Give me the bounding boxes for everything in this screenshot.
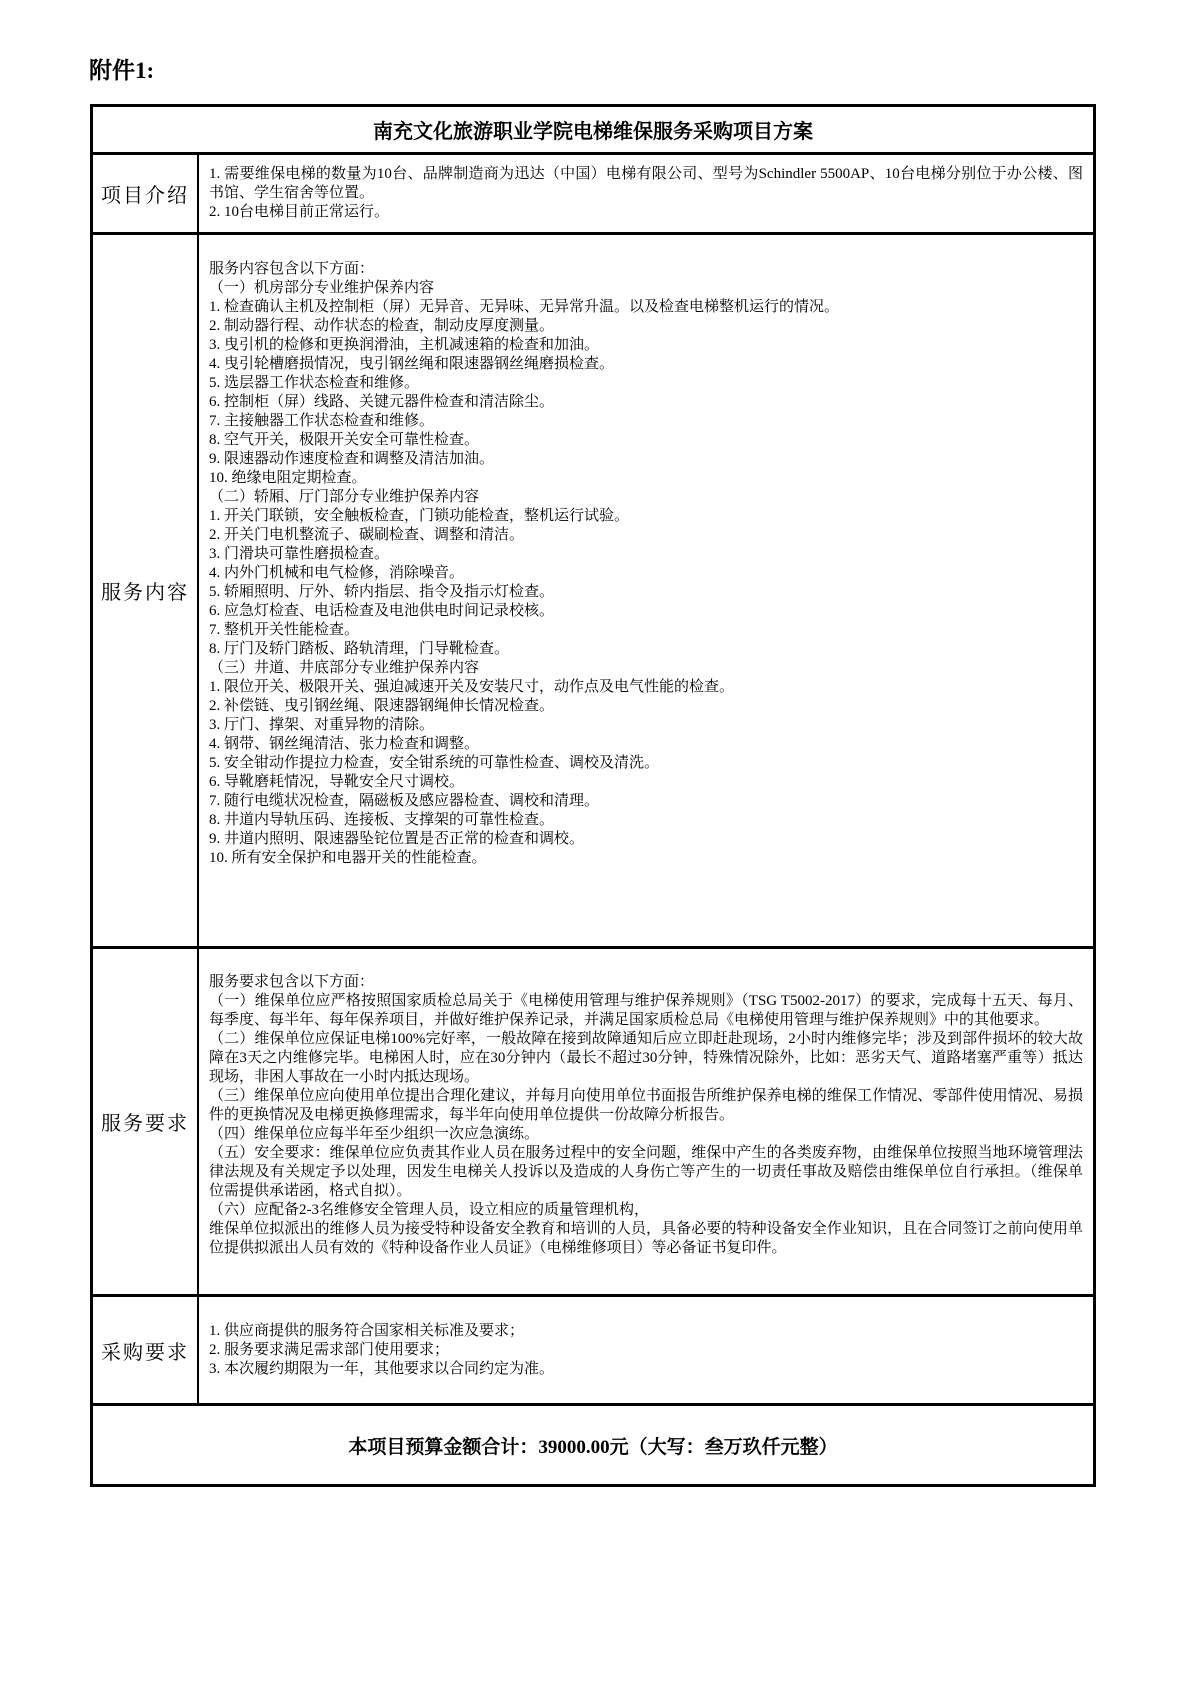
document-title: 南充文化旅游职业学院电梯维保服务采购项目方案 — [93, 115, 1093, 144]
content-paragraph: 2. 10台电梯目前正常运行。 — [209, 203, 1083, 222]
content-paragraph: 1. 供应商提供的服务符合国家相关标准及要求； — [209, 1322, 1083, 1341]
row-label-service-requirements: 服务要求 — [93, 949, 199, 1294]
content-paragraph: 服务要求包含以下方面： — [209, 973, 1083, 992]
content-paragraph: 7. 主接触器工作状态检查和维修。 — [209, 412, 1083, 431]
attachment-label: 附件1: — [89, 52, 154, 85]
content-paragraph: 8. 空气开关，极限开关安全可靠性检查。 — [209, 431, 1083, 450]
content-paragraph: （五）安全要求：维保单位应负责其作业人员在服务过程中的安全问题，维保中产生的各类… — [209, 1144, 1083, 1201]
row-content-project-intro: 1. 需要维保电梯的数量为10台、品牌制造商为迅达（中国）电梯有限公司、型号为S… — [199, 155, 1093, 232]
content-paragraph: 6. 应急灯检查、电话检查及电池供电时间记录校核。 — [209, 602, 1083, 621]
content-paragraph: （四）维保单位应每半年至少组织一次应急演练。 — [209, 1125, 1083, 1144]
content-paragraph: 3. 厅门、撑架、对重异物的清除。 — [209, 716, 1083, 735]
row-label-service-content: 服务内容 — [93, 235, 199, 946]
row-label-project-intro: 项目介绍 — [93, 155, 199, 232]
content-paragraph: 5. 选层器工作状态检查和维修。 — [209, 374, 1083, 393]
content-paragraph: 1. 检查确认主机及控制柜（屏）无异音、无异味、无异常升温。以及检查电梯整机运行… — [209, 298, 1083, 317]
row-label-purchase-requirements: 采购要求 — [93, 1297, 199, 1403]
content-paragraph: 服务内容包含以下方面： — [209, 260, 1083, 279]
content-paragraph: 1. 需要维保电梯的数量为10台、品牌制造商为迅达（中国）电梯有限公司、型号为S… — [209, 165, 1083, 203]
content-paragraph: 2. 服务要求满足需求部门使用要求； — [209, 1341, 1083, 1360]
content-paragraph: 4. 内外门机械和电气检修，消除噪音。 — [209, 564, 1083, 583]
content-paragraph: 7. 整机开关性能检查。 — [209, 621, 1083, 640]
row-content-service-requirements: 服务要求包含以下方面：（一）维保单位应严格按照国家质检总局关于《电梯使用管理与维… — [199, 949, 1093, 1294]
budget-total: 本项目预算金额合计：39000.00元（大写：叁万玖仟元整） — [93, 1432, 1093, 1459]
content-paragraph: 6. 控制柜（屏）线路、关键元器件检查和清洁除尘。 — [209, 393, 1083, 412]
content-paragraph: 2. 开关门电机整流子、碳刷检查、调整和清洁。 — [209, 526, 1083, 545]
procurement-plan-table: 南充文化旅游职业学院电梯维保服务采购项目方案 项目介绍 1. 需要维保电梯的数量… — [90, 104, 1096, 1487]
content-paragraph: 3. 本次履约期限为一年，其他要求以合同约定为准。 — [209, 1360, 1083, 1379]
content-paragraph: 4. 钢带、钢丝绳清洁、张力检查和调整。 — [209, 735, 1083, 754]
table-row-purchase-requirements: 采购要求 1. 供应商提供的服务符合国家相关标准及要求；2. 服务要求满足需求部… — [93, 1294, 1093, 1403]
content-paragraph: 6. 导靴磨耗情况，导靴安全尺寸调校。 — [209, 773, 1083, 792]
content-paragraph: 2. 补偿链、曳引钢丝绳、限速器钢绳伸长情况检查。 — [209, 697, 1083, 716]
content-paragraph: 5. 轿厢照明、厅外、轿内指层、指令及指示灯检查。 — [209, 583, 1083, 602]
row-content-purchase-requirements: 1. 供应商提供的服务符合国家相关标准及要求；2. 服务要求满足需求部门使用要求… — [199, 1297, 1093, 1403]
content-paragraph: 3. 门滑块可靠性磨损检查。 — [209, 545, 1083, 564]
document-page: 附件1: 南充文化旅游职业学院电梯维保服务采购项目方案 项目介绍 1. 需要维保… — [0, 0, 1191, 1684]
content-paragraph: 4. 曳引轮槽磨损情况，曳引钢丝绳和限速器钢丝绳磨损检查。 — [209, 355, 1083, 374]
content-paragraph: 3. 曳引机的检修和更换润滑油，主机减速箱的检查和加油。 — [209, 336, 1083, 355]
table-title-row: 南充文化旅游职业学院电梯维保服务采购项目方案 — [93, 107, 1093, 152]
content-paragraph: （六）应配备2-3名维修安全管理人员，设立相应的质量管理机构， — [209, 1201, 1083, 1220]
content-paragraph: （二）维保单位应保证电梯100%完好率，一般故障在接到故障通知后应立即赶赴现场，… — [209, 1030, 1083, 1087]
content-paragraph: （三）维保单位应向使用单位提出合理化建议，并每月向使用单位书面报告所维护保养电梯… — [209, 1087, 1083, 1125]
content-paragraph: 9. 限速器动作速度检查和调整及清洁加油。 — [209, 450, 1083, 469]
table-row-budget: 本项目预算金额合计：39000.00元（大写：叁万玖仟元整） — [93, 1403, 1093, 1484]
content-paragraph: 2. 制动器行程、动作状态的检查，制动皮厚度测量。 — [209, 317, 1083, 336]
content-paragraph: 9. 井道内照明、限速器坠铊位置是否正常的检查和调校。 — [209, 830, 1083, 849]
table-row-service-requirements: 服务要求 服务要求包含以下方面：（一）维保单位应严格按照国家质检总局关于《电梯使… — [93, 946, 1093, 1294]
table-row-project-intro: 项目介绍 1. 需要维保电梯的数量为10台、品牌制造商为迅达（中国）电梯有限公司… — [93, 152, 1093, 232]
content-paragraph: （一）机房部分专业维护保养内容 — [209, 279, 1083, 298]
content-paragraph: （二）轿厢、厅门部分专业维护保养内容 — [209, 488, 1083, 507]
table-row-service-content: 服务内容 服务内容包含以下方面：（一）机房部分专业维护保养内容1. 检查确认主机… — [93, 232, 1093, 946]
content-paragraph: 1. 开关门联锁，安全触板检查，门锁功能检查，整机运行试验。 — [209, 507, 1083, 526]
content-paragraph: 10. 所有安全保护和电器开关的性能检查。 — [209, 849, 1083, 868]
content-paragraph: 5. 安全钳动作提拉力检查，安全钳系统的可靠性检查、调校及清洗。 — [209, 754, 1083, 773]
content-paragraph: 维保单位拟派出的维修人员为接受特种设备安全教育和培训的人员，具备必要的特种设备安… — [209, 1220, 1083, 1258]
content-paragraph: （一）维保单位应严格按照国家质检总局关于《电梯使用管理与维护保养规则》（TSG … — [209, 992, 1083, 1030]
content-paragraph: 7. 随行电缆状况检查，隔磁板及感应器检查、调校和清理。 — [209, 792, 1083, 811]
row-content-service-content: 服务内容包含以下方面：（一）机房部分专业维护保养内容1. 检查确认主机及控制柜（… — [199, 235, 1093, 946]
content-paragraph: （三）井道、井底部分专业维护保养内容 — [209, 659, 1083, 678]
content-paragraph: 10. 绝缘电阻定期检查。 — [209, 469, 1083, 488]
content-paragraph: 8. 厅门及轿门踏板、路轨清理，门导靴检查。 — [209, 640, 1083, 659]
content-paragraph: 8. 井道内导轨压码、连接板、支撑架的可靠性检查。 — [209, 811, 1083, 830]
content-paragraph: 1. 限位开关、极限开关、强迫减速开关及安装尺寸，动作点及电气性能的检查。 — [209, 678, 1083, 697]
